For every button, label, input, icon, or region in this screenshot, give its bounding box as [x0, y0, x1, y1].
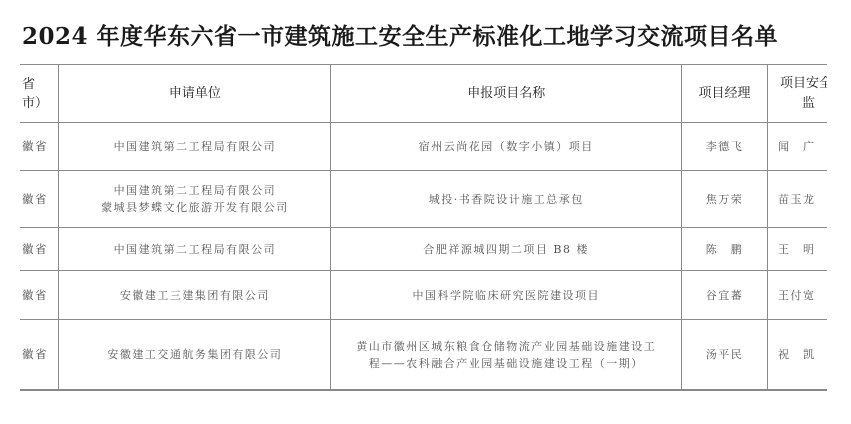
table-row: 徽省 中国建筑第二工程局有限公司 合肥祥源城四期二项目 B8 楼 陈 鹏 王 明 — [20, 228, 827, 271]
project-line: 合肥祥源城四期二项目 B8 楼 — [331, 241, 681, 258]
document-title: 2024 年度华东六省一市建筑施工安全生产标准化工地学习交流项目名单 — [22, 18, 778, 51]
header-project-name: 申报项目名称 — [331, 65, 682, 123]
header-province-line2: 市） — [22, 94, 58, 113]
table-row: 徽省 安徽建工交通航务集团有限公司 黄山市徽州区城东粮食仓储物流产业园基础设施建… — [20, 320, 827, 391]
cell-manager: 陈 鹏 — [682, 228, 768, 271]
header-safety-line1: 项目安全 — [780, 74, 827, 94]
cell-project-name: 合肥祥源城四期二项目 B8 楼 — [331, 228, 682, 271]
cell-province: 徽省 — [20, 171, 59, 228]
cell-province: 徽省 — [20, 123, 59, 171]
cell-applicant: 中国建筑第二工程局有限公司 蒙城县梦蝶文化旅游开发有限公司 — [59, 171, 331, 228]
table-row: 徽省 中国建筑第二工程局有限公司 蒙城县梦蝶文化旅游开发有限公司 城投·书香院设… — [20, 171, 827, 228]
project-line: 程——农科融合产业园基础设施建设工程（一期） — [331, 355, 681, 372]
applicant-line: 蒙城县梦蝶文化旅游开发有限公司 — [59, 199, 330, 216]
applicant-line: 中国建筑第二工程局有限公司 — [59, 241, 330, 258]
cell-safety-officer: 闻 广 — [767, 123, 827, 171]
table-header-row: 省 市） 申请单位 申报项目名称 项目经理 项目安全 监 — [20, 65, 827, 123]
cell-province: 徽省 — [20, 320, 59, 391]
cell-manager: 焦万荣 — [682, 171, 768, 228]
table-row: 徽省 中国建筑第二工程局有限公司 宿州云尚花园（数字小镇）项目 李德飞 闻 广 — [20, 123, 827, 171]
cell-manager: 谷宜蕃 — [682, 271, 768, 320]
cell-province: 徽省 — [20, 271, 59, 320]
header-safety-line2: 监 — [780, 94, 827, 114]
cell-applicant: 安徽建工交通航务集团有限公司 — [59, 320, 331, 391]
cell-project-name: 黄山市徽州区城东粮食仓储物流产业园基础设施建设工 程——农科融合产业园基础设施建… — [331, 320, 682, 391]
cell-project-name: 中国科学院临床研究医院建设项目 — [331, 271, 682, 320]
project-line: 城投·书香院设计施工总承包 — [331, 191, 681, 208]
header-project-manager: 项目经理 — [682, 65, 768, 123]
table-row: 徽省 安徽建工三建集团有限公司 中国科学院临床研究医院建设项目 谷宜蕃 王付宽 — [20, 271, 827, 320]
project-line: 黄山市徽州区城东粮食仓储物流产业园基础设施建设工 — [331, 338, 681, 355]
cell-project-name: 城投·书香院设计施工总承包 — [331, 171, 682, 228]
applicant-line: 安徽建工交通航务集团有限公司 — [59, 346, 330, 363]
project-line: 中国科学院临床研究医院建设项目 — [331, 287, 681, 304]
project-list-table: 省 市） 申请单位 申报项目名称 项目经理 项目安全 监 徽省 中国建筑第二工程… — [20, 64, 827, 391]
cell-manager: 汤平民 — [682, 320, 768, 391]
header-province: 省 市） — [20, 65, 59, 123]
applicant-line: 中国建筑第二工程局有限公司 — [59, 182, 330, 199]
project-line: 宿州云尚花园（数字小镇）项目 — [331, 138, 681, 155]
header-applicant: 申请单位 — [59, 65, 331, 123]
project-list-table-container: 省 市） 申请单位 申报项目名称 项目经理 项目安全 监 徽省 中国建筑第二工程… — [20, 64, 827, 391]
applicant-line: 中国建筑第二工程局有限公司 — [59, 138, 330, 155]
header-province-line1: 省 — [22, 75, 58, 94]
cell-manager: 李德飞 — [682, 123, 768, 171]
cell-applicant: 中国建筑第二工程局有限公司 — [59, 123, 331, 171]
cell-applicant: 中国建筑第二工程局有限公司 — [59, 228, 331, 271]
cell-safety-officer: 王付宽 — [767, 271, 827, 320]
header-safety-officer: 项目安全 监 — [767, 65, 827, 123]
cell-project-name: 宿州云尚花园（数字小镇）项目 — [331, 123, 682, 171]
cell-safety-officer: 苗玉龙 — [767, 171, 827, 228]
cell-applicant: 安徽建工三建集团有限公司 — [59, 271, 331, 320]
cell-safety-officer: 祝 凯 — [767, 320, 827, 391]
applicant-line: 安徽建工三建集团有限公司 — [59, 287, 330, 304]
cell-safety-officer: 王 明 — [767, 228, 827, 271]
cell-province: 徽省 — [20, 228, 59, 271]
